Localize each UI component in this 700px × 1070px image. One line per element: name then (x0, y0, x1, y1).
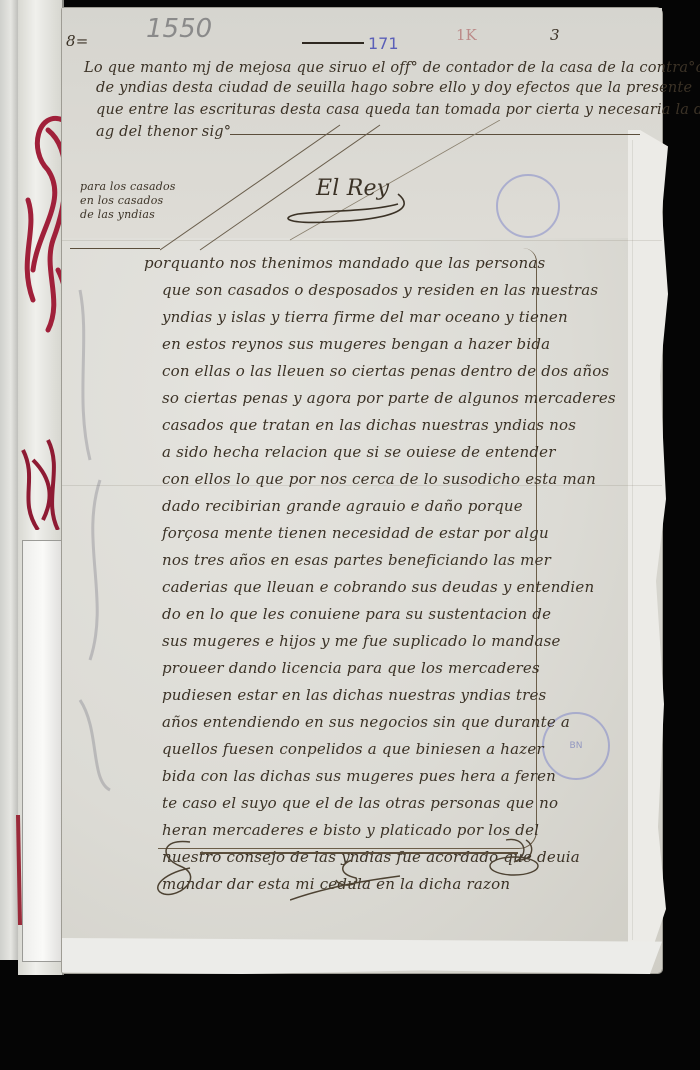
red-mark: 1K (456, 26, 477, 44)
folio-number: 171 (368, 34, 399, 53)
body-line: so ciertas penas y agora por parte de al… (144, 385, 616, 412)
body-line: a sido hecha relacion que si se ouiese d… (144, 439, 616, 466)
body-line: con ellos lo que por nos cerca de lo sus… (144, 466, 616, 493)
header-line: que entre las escrituras desta casa qued… (96, 100, 700, 120)
body-line: casados que tratan en las dichas nuestra… (144, 412, 616, 439)
body-line: proueer dando licencia para que los merc… (144, 655, 616, 682)
body-line: quellos fuesen conpelidos a que biniesen… (144, 736, 616, 763)
folded-bottom-edge (62, 938, 662, 974)
body-line: do en lo que les conuiene para su susten… (144, 601, 616, 628)
body-line: nos tres años en esas partes beneficiand… (144, 547, 616, 574)
fold-line (632, 140, 633, 940)
header-line: Lo que manto mj de mejosa que siruo el o… (84, 58, 644, 78)
torn-right-edge (628, 130, 668, 950)
body-line: en estos reynos sus mugeres bengan a haz… (144, 331, 616, 358)
body-line: con ellas o las lleuen so ciertas penas … (144, 358, 616, 385)
closing-rule (200, 852, 518, 854)
body-line: te caso el suyo que el de las otras pers… (144, 790, 616, 817)
body-line: porquanto nos thenimos mandado que las p… (144, 250, 616, 277)
top-left-mark: 8= (66, 32, 89, 50)
rubric-right-icon (486, 836, 546, 886)
body-line: sus mugeres e hijos y me fue suplicado l… (144, 628, 616, 655)
body-text: porquanto nos thenimos mandado que las p… (144, 250, 616, 898)
bleed-through-ink-icon (70, 280, 130, 800)
body-line: dado recibirian grande agrauio e daño po… (144, 493, 616, 520)
binding-thread-lower-icon (10, 815, 40, 925)
body-line: pudiesen estar en las dichas nuestras yn… (144, 682, 616, 709)
archive-stamp-top (496, 174, 560, 238)
header-line: de yndias desta ciudad de seuilla hago s… (96, 78, 692, 98)
margin-rule (70, 248, 160, 249)
pencil-year: 1550 (146, 14, 212, 44)
rubric-left-icon (150, 838, 210, 908)
body-line: que son casados o desposados y residen e… (144, 277, 616, 304)
body-line: años entendiendo en sus negocios sin que… (144, 709, 616, 736)
rubric-center-icon (290, 856, 400, 906)
body-line: bida con las dichas sus mugeres pues her… (144, 763, 616, 790)
body-line: forçosa mente tienen necesidad de estar … (144, 520, 616, 547)
corner-number: 3 (550, 26, 560, 44)
body-line: yndias y islas y tierra firme del mar oc… (144, 304, 616, 331)
folio-rule (302, 42, 364, 44)
body-line: caderias que lleuan e cobrando sus deuda… (144, 574, 616, 601)
title-flourish-icon (268, 190, 418, 230)
